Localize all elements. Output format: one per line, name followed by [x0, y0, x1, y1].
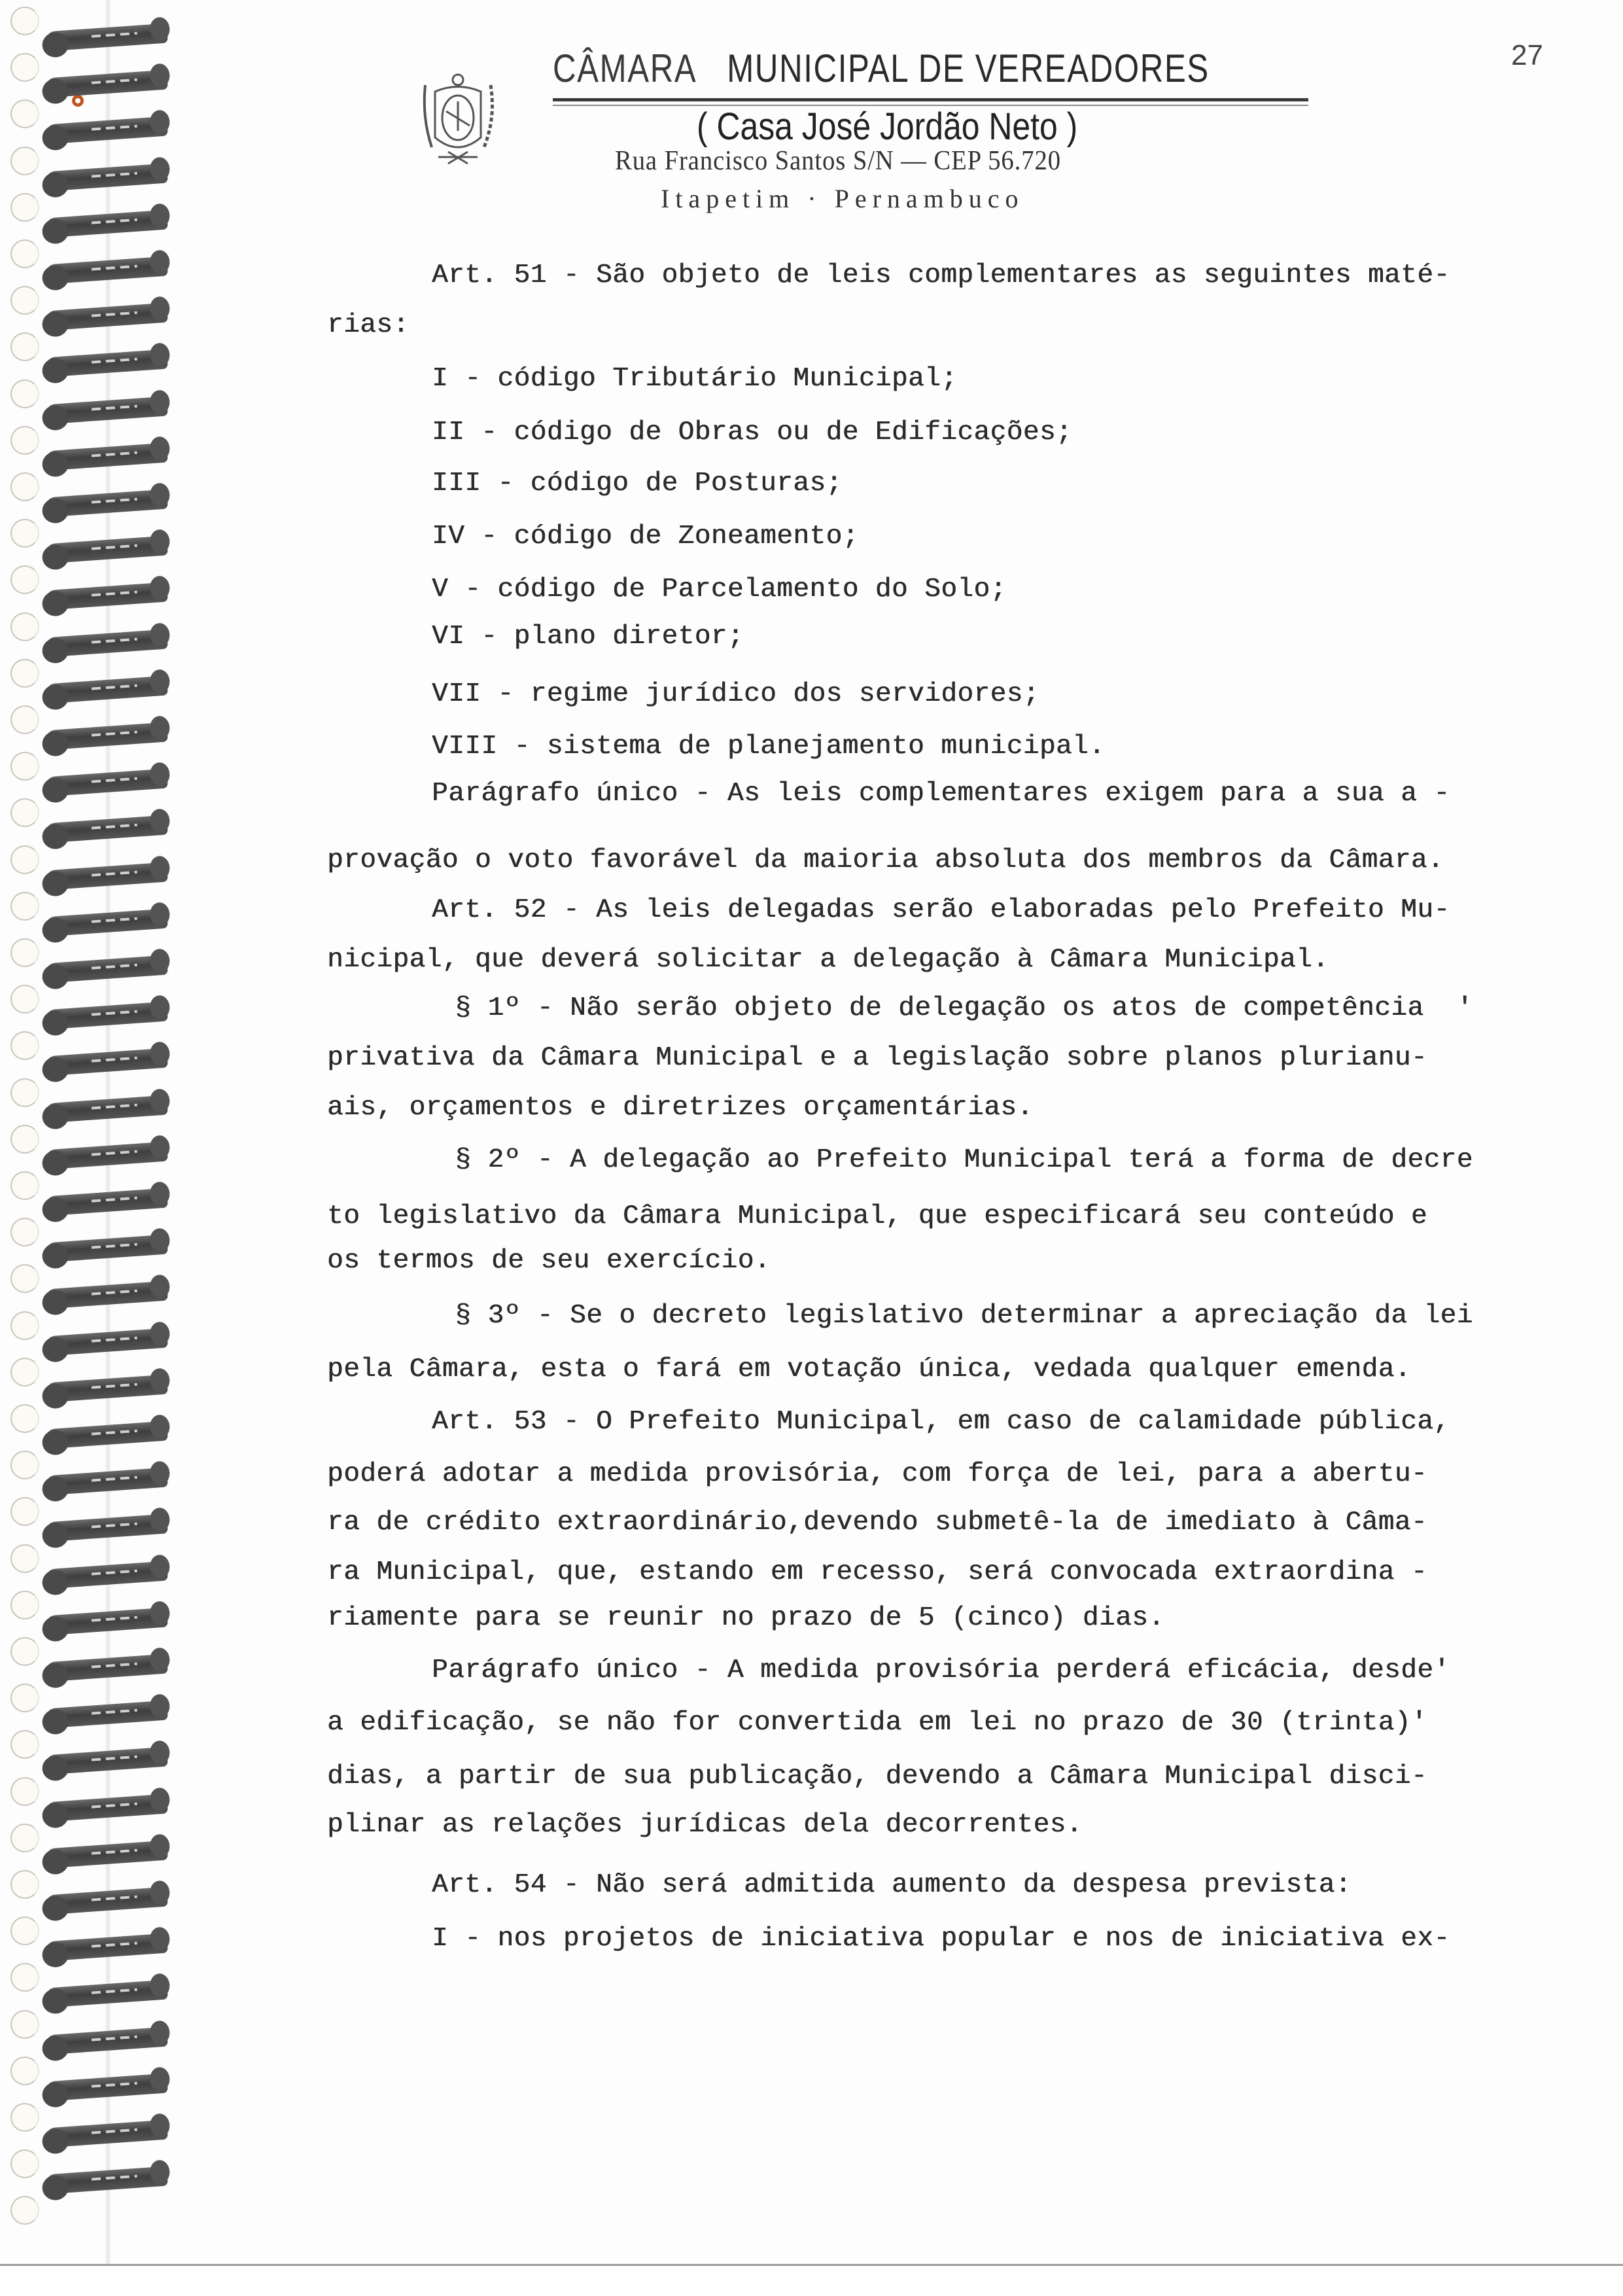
- coil-highlight: [92, 265, 137, 271]
- list-item: II - código de Obras ou de Edificações;: [432, 417, 1072, 448]
- coil-highlight: [92, 1709, 137, 1715]
- binding-hole: [10, 1078, 39, 1107]
- list-item: IV - código de Zoneamento;: [432, 521, 859, 552]
- body-line: riamente para se reunir no prazo de 5 (c…: [327, 1603, 1164, 1633]
- binding-coil: [45, 1141, 168, 1169]
- binding-coil: [45, 489, 168, 518]
- letterhead-city: Itapetim · Pernambuco: [661, 183, 1024, 214]
- coil-highlight: [92, 219, 137, 224]
- coil-highlight: [92, 1896, 137, 1901]
- page-number: 27: [1511, 39, 1543, 72]
- binding-coil: [45, 1095, 168, 1123]
- coil-highlight: [92, 1849, 137, 1855]
- binding-coil: [45, 1328, 168, 1356]
- body-line: Art. 52 - As leis delegadas serão elabor…: [432, 895, 1450, 925]
- binding-hole: [10, 1591, 39, 1619]
- body-line: ais, orçamentos e diretrizes orçamentári…: [327, 1093, 1033, 1123]
- coil-highlight: [92, 1569, 137, 1575]
- body-line: Art. 51 - São objeto de leis complementa…: [432, 260, 1450, 291]
- body-line: rias:: [327, 310, 410, 340]
- binding-hole: [10, 1311, 39, 1340]
- body-line: ra Municipal, que, estando em recesso, s…: [327, 1557, 1427, 1587]
- binding-coil: [45, 629, 168, 657]
- binding-hole: [10, 99, 39, 128]
- binding-hole: [10, 1544, 39, 1573]
- coil-highlight: [92, 637, 137, 643]
- binding-hole: [10, 798, 39, 827]
- binding-hole: [10, 1497, 39, 1526]
- body-line: a edificação, se não for convertida em l…: [327, 1708, 1427, 1738]
- binding-hole: [10, 612, 39, 641]
- coil-highlight: [92, 1756, 137, 1761]
- coil-highlight: [92, 777, 137, 783]
- binding-hole: [10, 2010, 39, 2039]
- binding-coil: [45, 955, 168, 983]
- binding-hole: [10, 1916, 39, 1945]
- coil-highlight: [92, 544, 137, 550]
- coil-highlight: [92, 2082, 137, 2088]
- coil-highlight: [92, 824, 137, 830]
- body-line: Parágrafo único - A medida provisória pe…: [432, 1655, 1450, 1686]
- binding-hole: [10, 1451, 39, 1479]
- binding-coil: [45, 908, 168, 936]
- list-item: I - código Tributário Municipal;: [432, 364, 957, 394]
- body-line: Art. 54 - Não será admitida aumento da d…: [432, 1870, 1352, 1900]
- binding-hole: [10, 1031, 39, 1060]
- title-municipal-de-vereadores: MUNICIPAL DE VEREADORES: [727, 46, 1210, 90]
- coil-highlight: [92, 870, 137, 876]
- coil-highlight: [92, 917, 137, 923]
- body-line: to legislativo da Câmara Municipal, que …: [327, 1201, 1427, 1231]
- binding-hole: [10, 426, 39, 455]
- coil-highlight: [92, 2128, 137, 2134]
- body-line: § 3º - Se o decreto legislativo determin…: [406, 1301, 1473, 1331]
- binding-hole: [10, 1125, 39, 1154]
- binding-hole: [10, 705, 39, 734]
- body-line: § 1º - Não serão objeto de delegação os …: [406, 993, 1473, 1023]
- body-line: Art. 53 - O Prefeito Municipal, em caso …: [432, 1407, 1450, 1437]
- binding-hole: [10, 1358, 39, 1386]
- coil-highlight: [92, 32, 137, 38]
- binding-hole: [10, 2149, 39, 2178]
- rust-stain: [72, 95, 84, 107]
- binding-coil: [45, 1188, 168, 1216]
- binding-hole: [10, 53, 39, 82]
- coil-highlight: [92, 451, 137, 457]
- binding-coil: [45, 2026, 168, 2055]
- binding-hole: [10, 1824, 39, 1852]
- binding-coil: [45, 675, 168, 703]
- coil-highlight: [92, 1476, 137, 1482]
- binding-hole: [10, 1870, 39, 1899]
- binding-hole: [10, 1264, 39, 1293]
- coil-highlight: [92, 498, 137, 504]
- coil-highlight: [92, 79, 137, 84]
- coil-highlight: [92, 684, 137, 690]
- binding-hole: [10, 985, 39, 1014]
- body-line: nicipal, que deverá solicitar a delegaçã…: [327, 945, 1329, 975]
- coil-highlight: [92, 1942, 137, 1948]
- binding-hole: [10, 193, 39, 222]
- body-line: Parágrafo único - As leis complementares…: [432, 779, 1450, 809]
- binding-hole: [10, 1404, 39, 1433]
- binding-shadow: [105, 0, 111, 2264]
- binding-coil: [45, 1421, 168, 1449]
- binding-coil: [45, 209, 168, 238]
- binding-coil: [45, 2120, 168, 2148]
- body-line: dias, a partir de sua publicação, devend…: [327, 1761, 1427, 1792]
- binding-coil: [45, 1840, 168, 1868]
- binding-coil: [45, 163, 168, 191]
- binding-hole: [10, 752, 39, 781]
- letterhead-rule: [553, 98, 1308, 101]
- binding-coil: [45, 1793, 168, 1822]
- body-line: plinar as relações jurídicas dela decorr…: [327, 1810, 1083, 1840]
- coil-highlight: [92, 125, 137, 131]
- binding-coil: [45, 1607, 168, 1635]
- list-item: III - código de Posturas;: [432, 468, 843, 499]
- binding-hole: [10, 286, 39, 315]
- letterhead-subtitle: ( Casa José Jordão Neto ): [697, 105, 1077, 149]
- list-item: VI - plano diretor;: [432, 622, 744, 652]
- binding-hole: [10, 332, 39, 361]
- binding-coil: [45, 2073, 168, 2101]
- binding-hole: [10, 565, 39, 594]
- letterhead-address: Rua Francisco Santos S/N — CEP 56.720: [615, 145, 1061, 177]
- coil-highlight: [92, 311, 137, 317]
- spiral-binding: [0, 0, 170, 2264]
- binding-hole: [10, 1637, 39, 1666]
- document-page: CÂMARA MUNICIPAL DE VEREADORES ( Casa Jo…: [0, 0, 1623, 2266]
- binding-hole: [10, 1777, 39, 1806]
- binding-hole: [10, 519, 39, 548]
- coil-highlight: [92, 591, 137, 597]
- coil-highlight: [92, 1802, 137, 1808]
- coil-highlight: [92, 1430, 137, 1436]
- binding-hole: [10, 147, 39, 175]
- coil-highlight: [92, 1010, 137, 1016]
- coil-highlight: [92, 171, 137, 177]
- coil-highlight: [92, 1243, 137, 1249]
- binding-hole: [10, 1218, 39, 1246]
- binding-hole: [10, 472, 39, 501]
- binding-coil: [45, 396, 168, 424]
- binding-hole: [10, 892, 39, 921]
- body-line: § 2º - A delegação ao Prefeito Municipal…: [406, 1145, 1473, 1175]
- binding-hole: [10, 2196, 39, 2225]
- binding-hole: [10, 2103, 39, 2132]
- coil-highlight: [92, 1057, 137, 1063]
- binding-hole: [10, 845, 39, 874]
- coil-highlight: [92, 1523, 137, 1528]
- coil-highlight: [92, 2035, 137, 2041]
- body-line: provação o voto favorável da maioria abs…: [327, 845, 1444, 875]
- binding-hole: [10, 1171, 39, 1200]
- binding-hole: [10, 1730, 39, 1759]
- coil-highlight: [92, 731, 137, 737]
- coil-highlight: [92, 1103, 137, 1109]
- binding-hole: [10, 938, 39, 967]
- coil-highlight: [92, 358, 137, 364]
- binding-hole: [10, 380, 39, 408]
- binding-coil: [45, 256, 168, 285]
- body-line: poderá adotar a medida provisória, com f…: [327, 1459, 1427, 1489]
- binding-coil: [45, 862, 168, 890]
- coil-highlight: [92, 1988, 137, 1994]
- letterhead-title: CÂMARA MUNICIPAL DE VEREADORES: [553, 46, 1170, 91]
- coil-highlight: [92, 1616, 137, 1622]
- body-line: ra de crédito extraordinário,devendo sub…: [327, 1508, 1427, 1538]
- list-item: VIII - sistema de planejamento municipal…: [432, 732, 1105, 762]
- binding-hole: [10, 659, 39, 688]
- body-line: pela Câmara, esta o fará em votação únic…: [327, 1354, 1411, 1385]
- title-camara: CÂMARA: [553, 46, 697, 90]
- coil-highlight: [92, 1383, 137, 1389]
- binding-coil: [45, 1561, 168, 1589]
- list-item: V - código de Parcelamento do Solo;: [432, 574, 1007, 605]
- coil-highlight: [92, 404, 137, 410]
- list-item: I - nos projetos de iniciativa popular e…: [432, 1924, 1450, 1954]
- coil-highlight: [92, 964, 137, 970]
- binding-coil: [45, 722, 168, 751]
- binding-hole: [10, 7, 39, 35]
- coil-highlight: [92, 1663, 137, 1669]
- list-item: VII - regime jurídico dos servidores;: [432, 679, 1039, 709]
- body-line: os termos de seu exercício.: [327, 1246, 771, 1276]
- coil-highlight: [92, 1150, 137, 1156]
- body-line: privativa da Câmara Municipal e a legisl…: [327, 1043, 1427, 1073]
- coil-highlight: [92, 1197, 137, 1203]
- coil-highlight: [92, 2175, 137, 2181]
- binding-hole: [10, 2057, 39, 2085]
- binding-coil: [45, 442, 168, 470]
- binding-hole: [10, 1963, 39, 1992]
- binding-hole: [10, 239, 39, 268]
- binding-coil: [45, 24, 168, 52]
- binding-coil: [45, 1374, 168, 1402]
- binding-coil: [45, 1654, 168, 1682]
- coil-highlight: [92, 1336, 137, 1342]
- binding-hole: [10, 1684, 39, 1712]
- binding-coil: [45, 1887, 168, 1915]
- coat-of-arms-emblem-icon: [406, 65, 510, 170]
- coil-highlight: [92, 1290, 137, 1296]
